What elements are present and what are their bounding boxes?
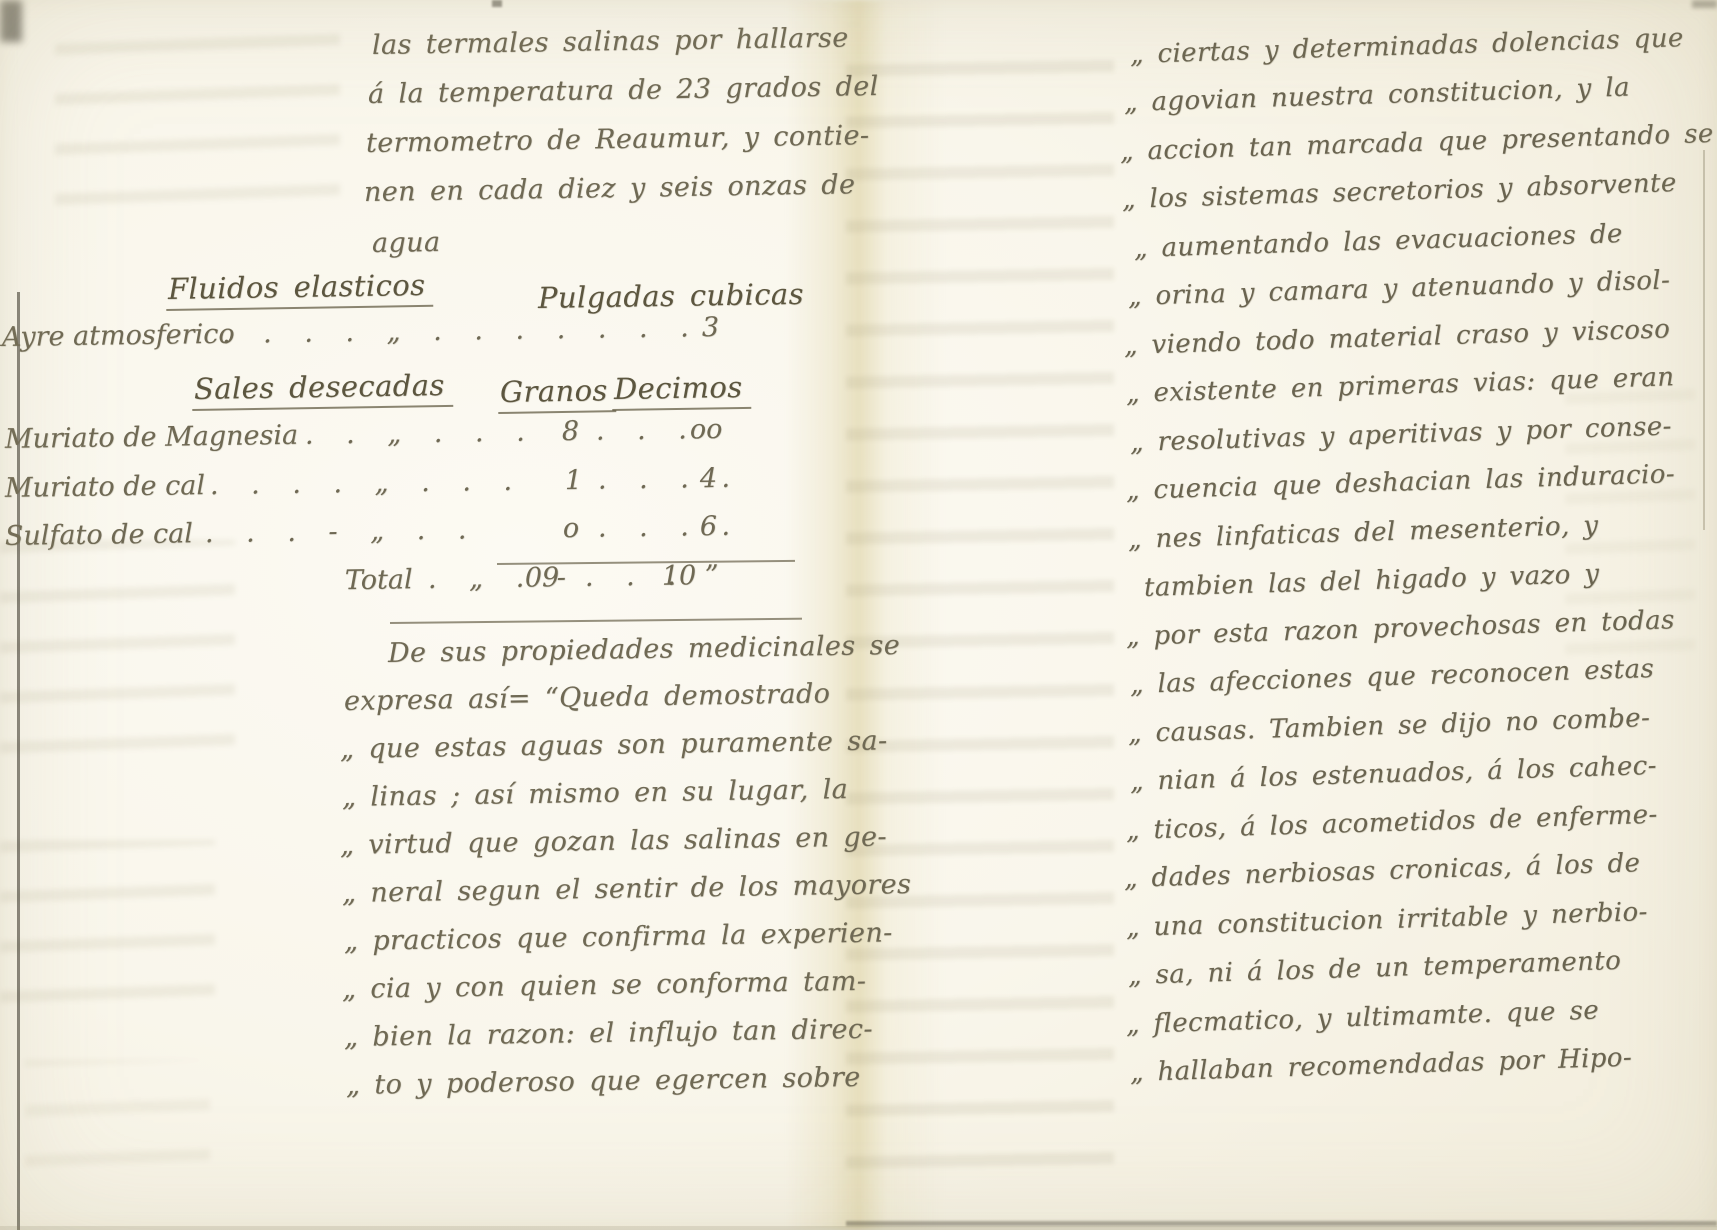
bleed-through-smudge xyxy=(0,840,215,1025)
manuscript-line: „ ticos, á los acometidos de enferme- xyxy=(1126,800,1659,846)
scan-edge-mark xyxy=(492,0,502,7)
manuscript-line: „ agovian nuestra constitucion, y la xyxy=(1124,73,1631,118)
decimos-value: 10 ” xyxy=(662,560,719,592)
section-heading-fluids: Fluidos elasticos xyxy=(166,268,434,311)
granos-value: o xyxy=(563,513,580,544)
row-label: Ayre atmosferico xyxy=(2,319,235,353)
total-rule-bottom xyxy=(390,618,802,624)
table-row: Muriato de Magnesia . . „ . . . 8 . . . … xyxy=(0,413,815,466)
dot-leader: . . . . „ . . . xyxy=(210,466,525,501)
manuscript-line: agua xyxy=(372,227,441,259)
granos-value: 1 xyxy=(565,465,583,496)
manuscript-line: „ orina y camara y atenuando y disol- xyxy=(1128,265,1671,312)
dot-leader: . . „ . . . xyxy=(305,417,537,451)
bleed-through-column xyxy=(846,24,1114,1194)
manuscript-line: „ accion tan marcada que presentando se xyxy=(1120,119,1715,167)
row-label: Muriato de cal xyxy=(5,470,205,504)
row-label: Total xyxy=(345,564,413,596)
manuscript-line: „ los sistemas secretorios y absorvente xyxy=(1122,168,1678,215)
table-row: Muriato de cal . . . . „ . . . 1 . . . .… xyxy=(0,462,815,515)
manuscript-line: „ linas ; así mismo en su lugar, la xyxy=(342,774,849,813)
dot-leader: . . . . xyxy=(598,511,742,544)
manuscript-line: „ to y poderoso que egercen sobre xyxy=(346,1062,861,1101)
manuscript-line: „ causas. Tambien se dijo no combe- xyxy=(1128,703,1651,749)
scan-edge-mark xyxy=(1692,0,1717,8)
manuscript-line: „ las afecciones que reconocen estas xyxy=(1130,654,1655,700)
manuscript-line: „ una constitucion irritable y nerbio- xyxy=(1126,897,1649,943)
section-heading-salts: Sales desecadas xyxy=(192,368,453,411)
bleed-through-smudge xyxy=(25,1060,210,1190)
dot-leader: . . . . xyxy=(598,463,742,496)
column-heading-unit: Pulgadas cubicas xyxy=(538,277,804,315)
decimos-value: 6 xyxy=(700,511,718,542)
column-heading-decimos: Decimos xyxy=(612,370,751,411)
manuscript-line: „ viendo todo material craso y viscoso xyxy=(1124,314,1671,361)
manuscript-line: expresa así= “Queda demostrado xyxy=(344,678,831,717)
manuscript-line: tambien las del higado y vazo y xyxy=(1144,559,1600,603)
dot-leader: . . . - „ . . xyxy=(205,514,479,549)
manuscript-line: las termales salinas por hallarse xyxy=(372,23,849,61)
dot-leader: . . . . „ . . . . . . . xyxy=(222,312,692,350)
scan-edge-mark xyxy=(1703,150,1705,530)
dot-leader: . . . xyxy=(596,414,699,446)
manuscript-line: nen en cada diez y seis onzas de xyxy=(364,169,856,208)
granos-value: 8 xyxy=(562,416,580,447)
column-heading-granos: Granos xyxy=(498,373,616,414)
manuscript-line: „ nes linfaticas del mesenterio, y xyxy=(1128,511,1599,555)
manuscript-line: „ nian á los estenuados, á los cahec- xyxy=(1130,751,1658,797)
table-row-ayre: Ayre atmosferico . . . . „ . . . . . . .… xyxy=(0,311,815,364)
table-row: Sulfato de cal . . . - „ . . o . . . . 6 xyxy=(0,510,815,563)
manuscript-line: „ flecmatico, y ultimamte. que se xyxy=(1126,996,1600,1040)
row-label: Sulfato de cal xyxy=(5,518,193,552)
bleed-through-smudge xyxy=(55,10,340,225)
manuscript-line: „ ciertas y determinadas dolencias que xyxy=(1130,23,1685,70)
row-label: Muriato de Magnesia xyxy=(5,420,299,455)
manuscript-line: „ dades nerbiosas cronicas, á los de xyxy=(1124,848,1641,894)
manuscript-line: „ hallaban recomendadas por Hipo- xyxy=(1130,1043,1633,1088)
scan-edge-mark xyxy=(0,1226,1717,1230)
row-value: 3 xyxy=(702,312,720,343)
manuscript-scan: las termales salinas por hallarse á la t… xyxy=(0,0,1717,1230)
decimos-value: 4 xyxy=(700,463,718,494)
decimos-value: oo xyxy=(690,414,723,445)
granos-value: 09 xyxy=(525,562,560,593)
scan-edge-mark xyxy=(0,0,22,42)
manuscript-line: „ sa, ni á los de un temperamento xyxy=(1128,946,1622,991)
manuscript-line: „ aumentando las evacuaciones de xyxy=(1134,219,1624,264)
